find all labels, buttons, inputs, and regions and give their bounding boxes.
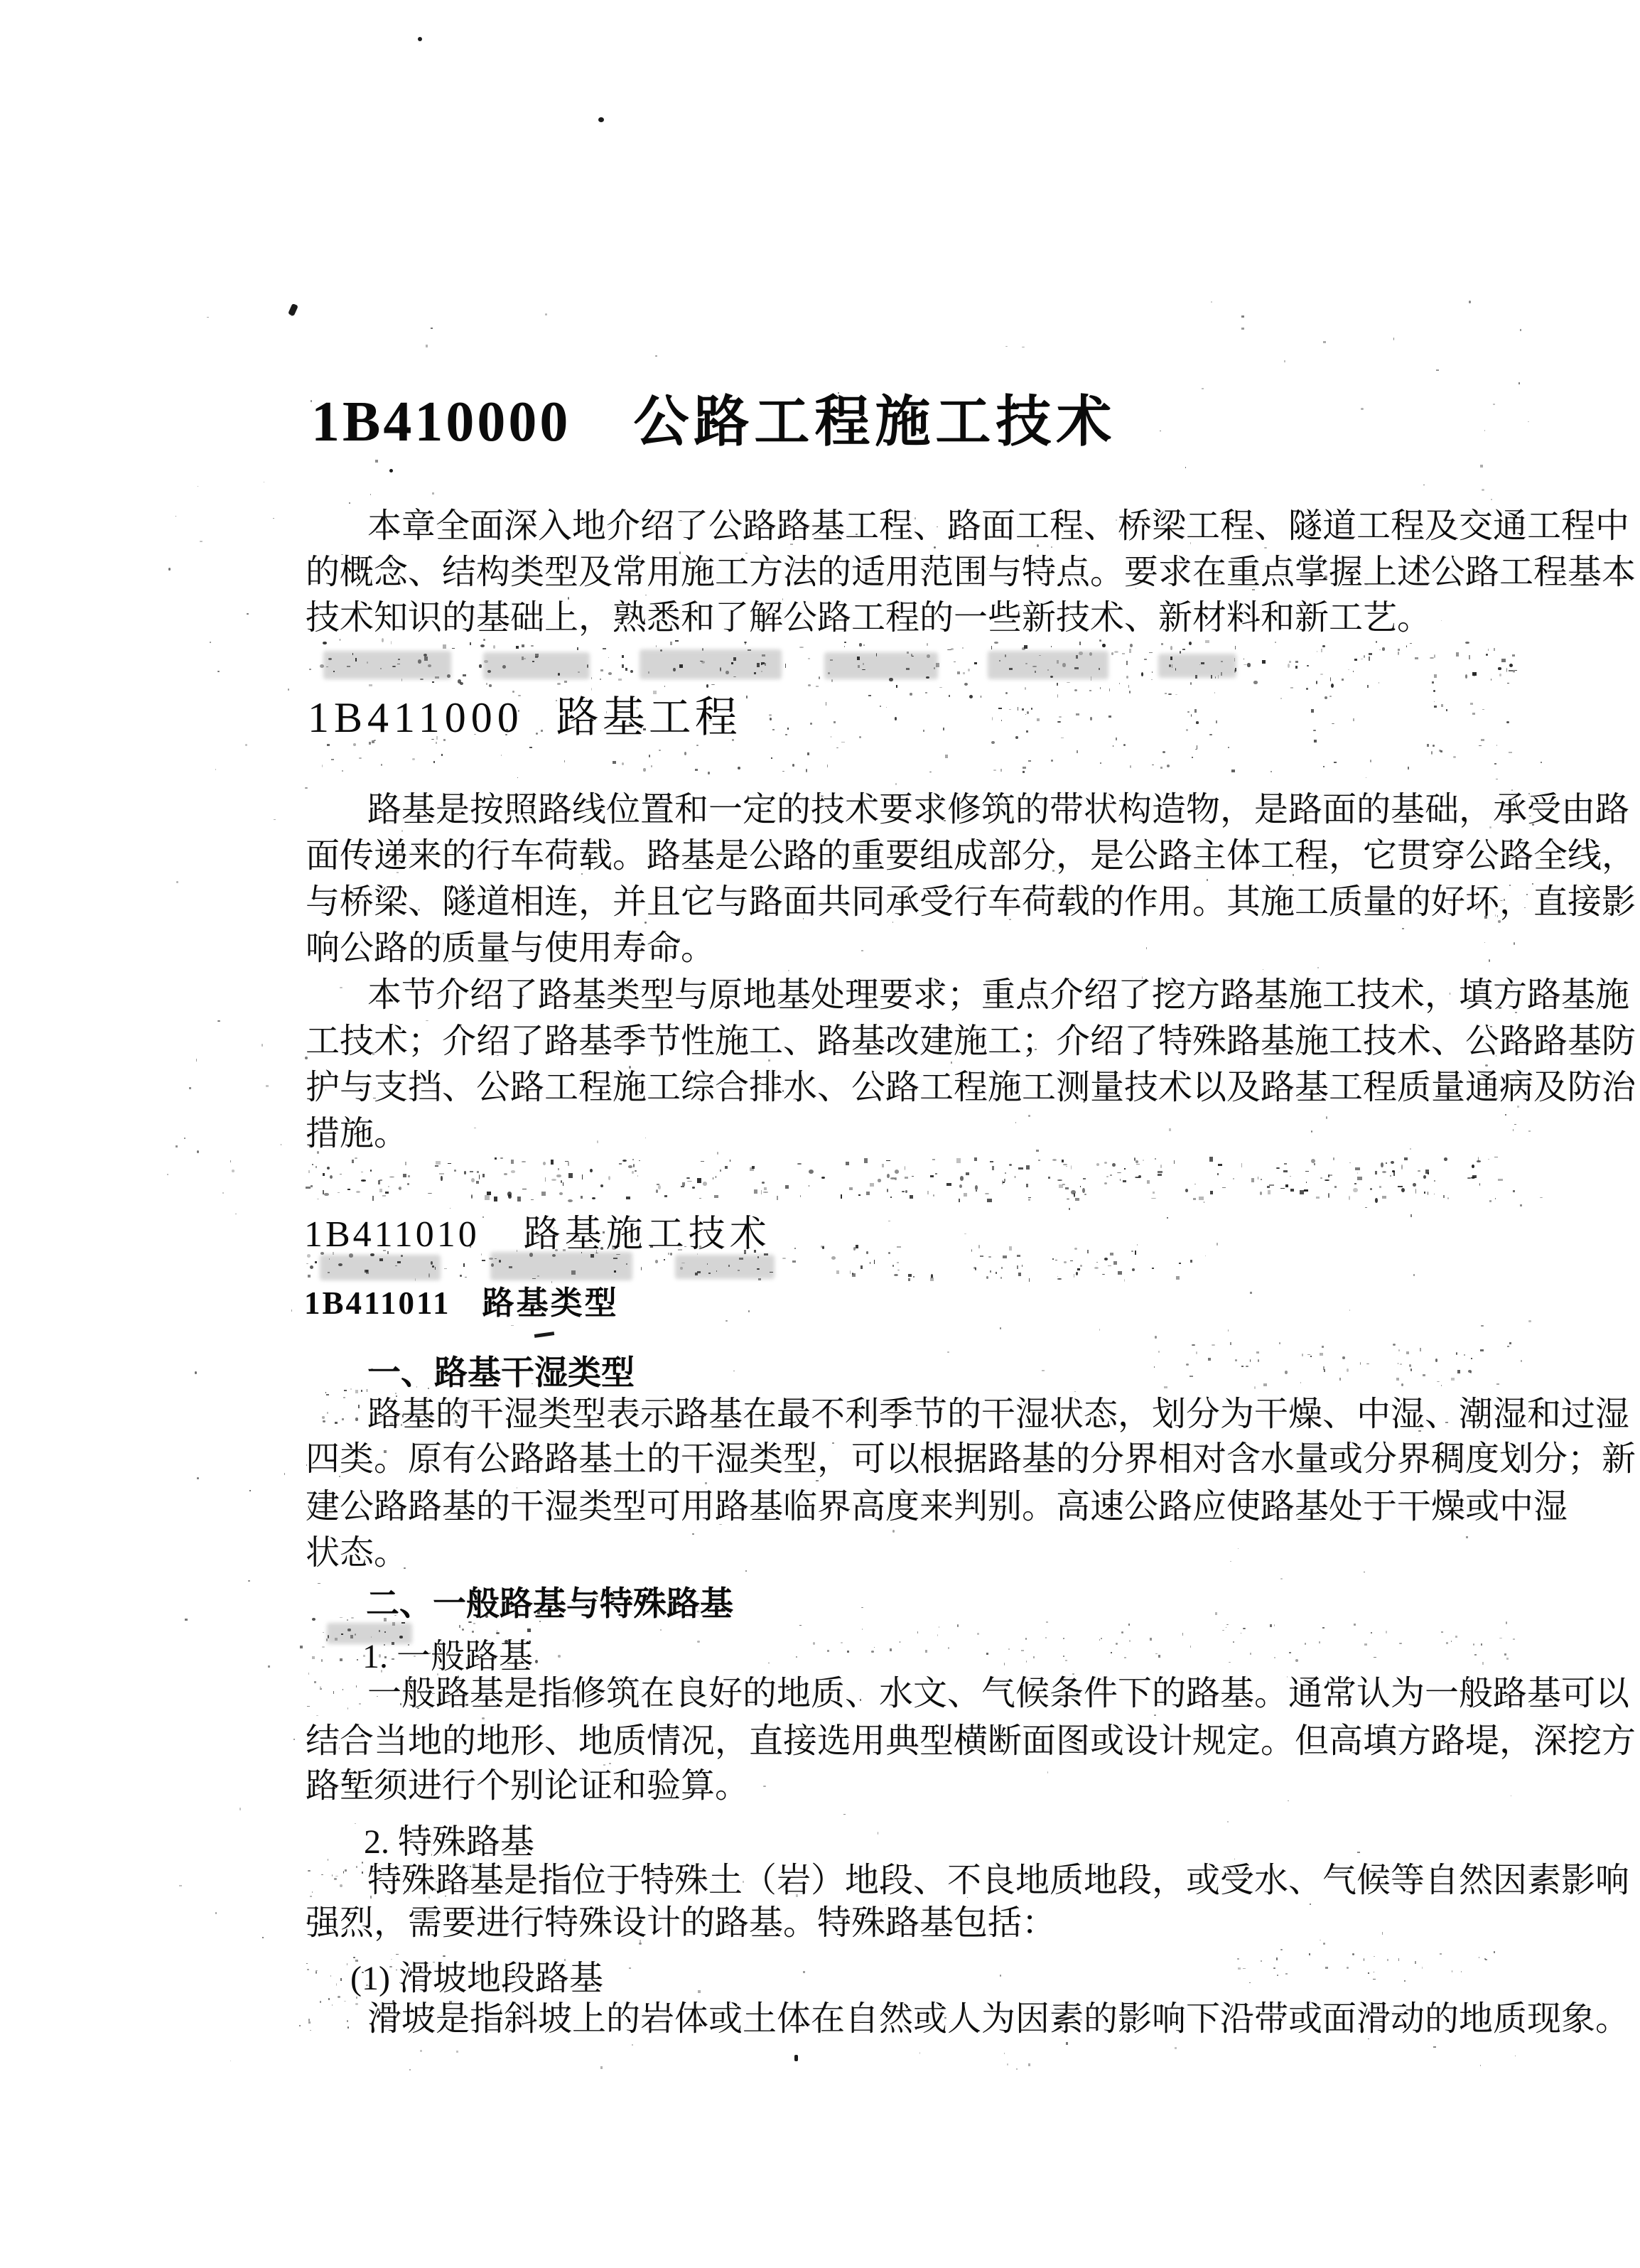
scan-tick (288, 303, 298, 316)
chapter-title-text: 公路工程施工技术 (633, 391, 1116, 453)
section-title-text: 路基施工技术 (524, 1214, 771, 1255)
body-line: 一般路基是指修筑在良好的地质、水文、气候条件下的路基。通常认为一般路基可以 (367, 1674, 1629, 1714)
ghost-smudge (824, 652, 938, 679)
subheading-general-special-roadbed: 二、一般路基与特殊路基 (366, 1577, 733, 1625)
section-code: 1B411011 (304, 1285, 451, 1321)
section-title-text: 路基类型 (482, 1285, 619, 1321)
intro-line: 本章全面深入地介绍了公路路基工程、路面工程、桥梁工程、隧道工程及交通工程中 (367, 507, 1629, 546)
body-line: 与桥梁、隧道相连，并且它与路面共同承受行车荷载的作用。其施工质量的好坏，直接影 (306, 882, 1636, 922)
scanned-book-page: 1B410000公路工程施工技术 本章全面深入地介绍了公路路基工程、路面工程、桥… (0, 0, 1640, 2268)
body-line: 面传递来的行车荷载。路基是公路的重要组成部分，是公路主体工程，它贯穿公路全线， (306, 836, 1636, 876)
scan-speck (598, 117, 604, 122)
ghost-smudge (675, 1255, 775, 1279)
ghost-smudge (490, 1252, 632, 1280)
ghost-smudge (483, 652, 590, 679)
body-line: 建公路路基的干湿类型可用路基临界高度来判别。高速公路应使路基处于干燥或中湿 (306, 1487, 1568, 1527)
subheading-dry-wet-types: 一、路基干湿类型 (367, 1346, 635, 1394)
body-line: 路基是按照路线位置和一定的技术要求修筑的带状构造物，是路面的基础，承受由路 (367, 790, 1629, 830)
section-code: 1B411010 (304, 1214, 480, 1255)
ghost-smudge (323, 651, 451, 679)
section-code: 1B411000 (308, 694, 524, 741)
body-line: 结合当地的地形、地质情况，直接选用典型横断面图或设计规定。但高填方路堤，深挖方 (306, 1722, 1636, 1761)
body-line: 路基的干湿类型表示路基在最不利季节的干湿状态，划分为干燥、中湿、潮湿和过湿 (367, 1395, 1629, 1435)
chapter-title: 1B410000公路工程施工技术 (311, 377, 1116, 457)
body-line: 护与支挡、公路工程施工综合排水、公路工程施工测量技术以及路基工程质量通病及防治 (306, 1068, 1636, 1108)
body-line: 路堑须进行个别论证和验算。 (306, 1766, 749, 1806)
body-line: 措施。 (306, 1114, 408, 1154)
scan-speck (794, 2055, 798, 2061)
body-line: 强烈，需要进行特殊设计的路基。特殊路基包括： (306, 1903, 1056, 1943)
list-item-special-roadbed: 2. 特殊路基 (364, 1814, 534, 1863)
body-line: 工技术；介绍了路基季节性施工、路基改建施工；介绍了特殊路基施工技术、公路路基防 (306, 1022, 1636, 1062)
ghost-smudge (1158, 654, 1236, 678)
section-heading-roadbed-types: 1B411011路基类型 (304, 1277, 619, 1323)
section-heading-roadbed-construction-tech: 1B411010路基施工技术 (304, 1204, 771, 1257)
intro-line: 的概念、结构类型及常用施工方法的适用范围与特点。要求在重点掌握上述公路工程基本 (306, 553, 1636, 593)
body-line: 本节介绍了路基类型与原地基处理要求；重点介绍了挖方路基施工技术，填方路基施 (367, 976, 1629, 1015)
section-title-text: 路基工程 (556, 694, 741, 741)
body-line: 状态。 (306, 1533, 408, 1573)
intro-line: 技术知识的基础上，熟悉和了解公路工程的一些新技术、新材料和新工艺。 (306, 598, 1431, 638)
chapter-code: 1B410000 (311, 391, 571, 453)
list-item-landslide-section: (1) 滑坡地段路基 (350, 1950, 603, 1999)
section-heading-roadbed-engineering: 1B411000路基工程 (308, 684, 741, 745)
ghost-smudge (320, 1255, 441, 1280)
ghost-smudge (640, 649, 782, 679)
body-line: 四类。原有公路路基土的干湿类型，可以根据路基的分界相对含水量或分界稠度划分；新 (306, 1440, 1636, 1479)
body-line: 滑坡是指斜坡上的岩体或土体在自然或人为因素的影响下沿带或面滑动的地质现象。 (367, 1999, 1629, 2039)
scan-dash (534, 1332, 554, 1338)
ghost-smudge (327, 1623, 412, 1644)
body-line: 响公路的质量与使用寿命。 (306, 929, 715, 968)
ghost-smudge (988, 651, 1108, 679)
scan-speck (418, 37, 422, 41)
scan-speck (389, 469, 393, 472)
body-line: 特殊路基是指位于特殊土（岩）地段、不良地质地段，或受水、气候等自然因素影响 (367, 1861, 1629, 1901)
